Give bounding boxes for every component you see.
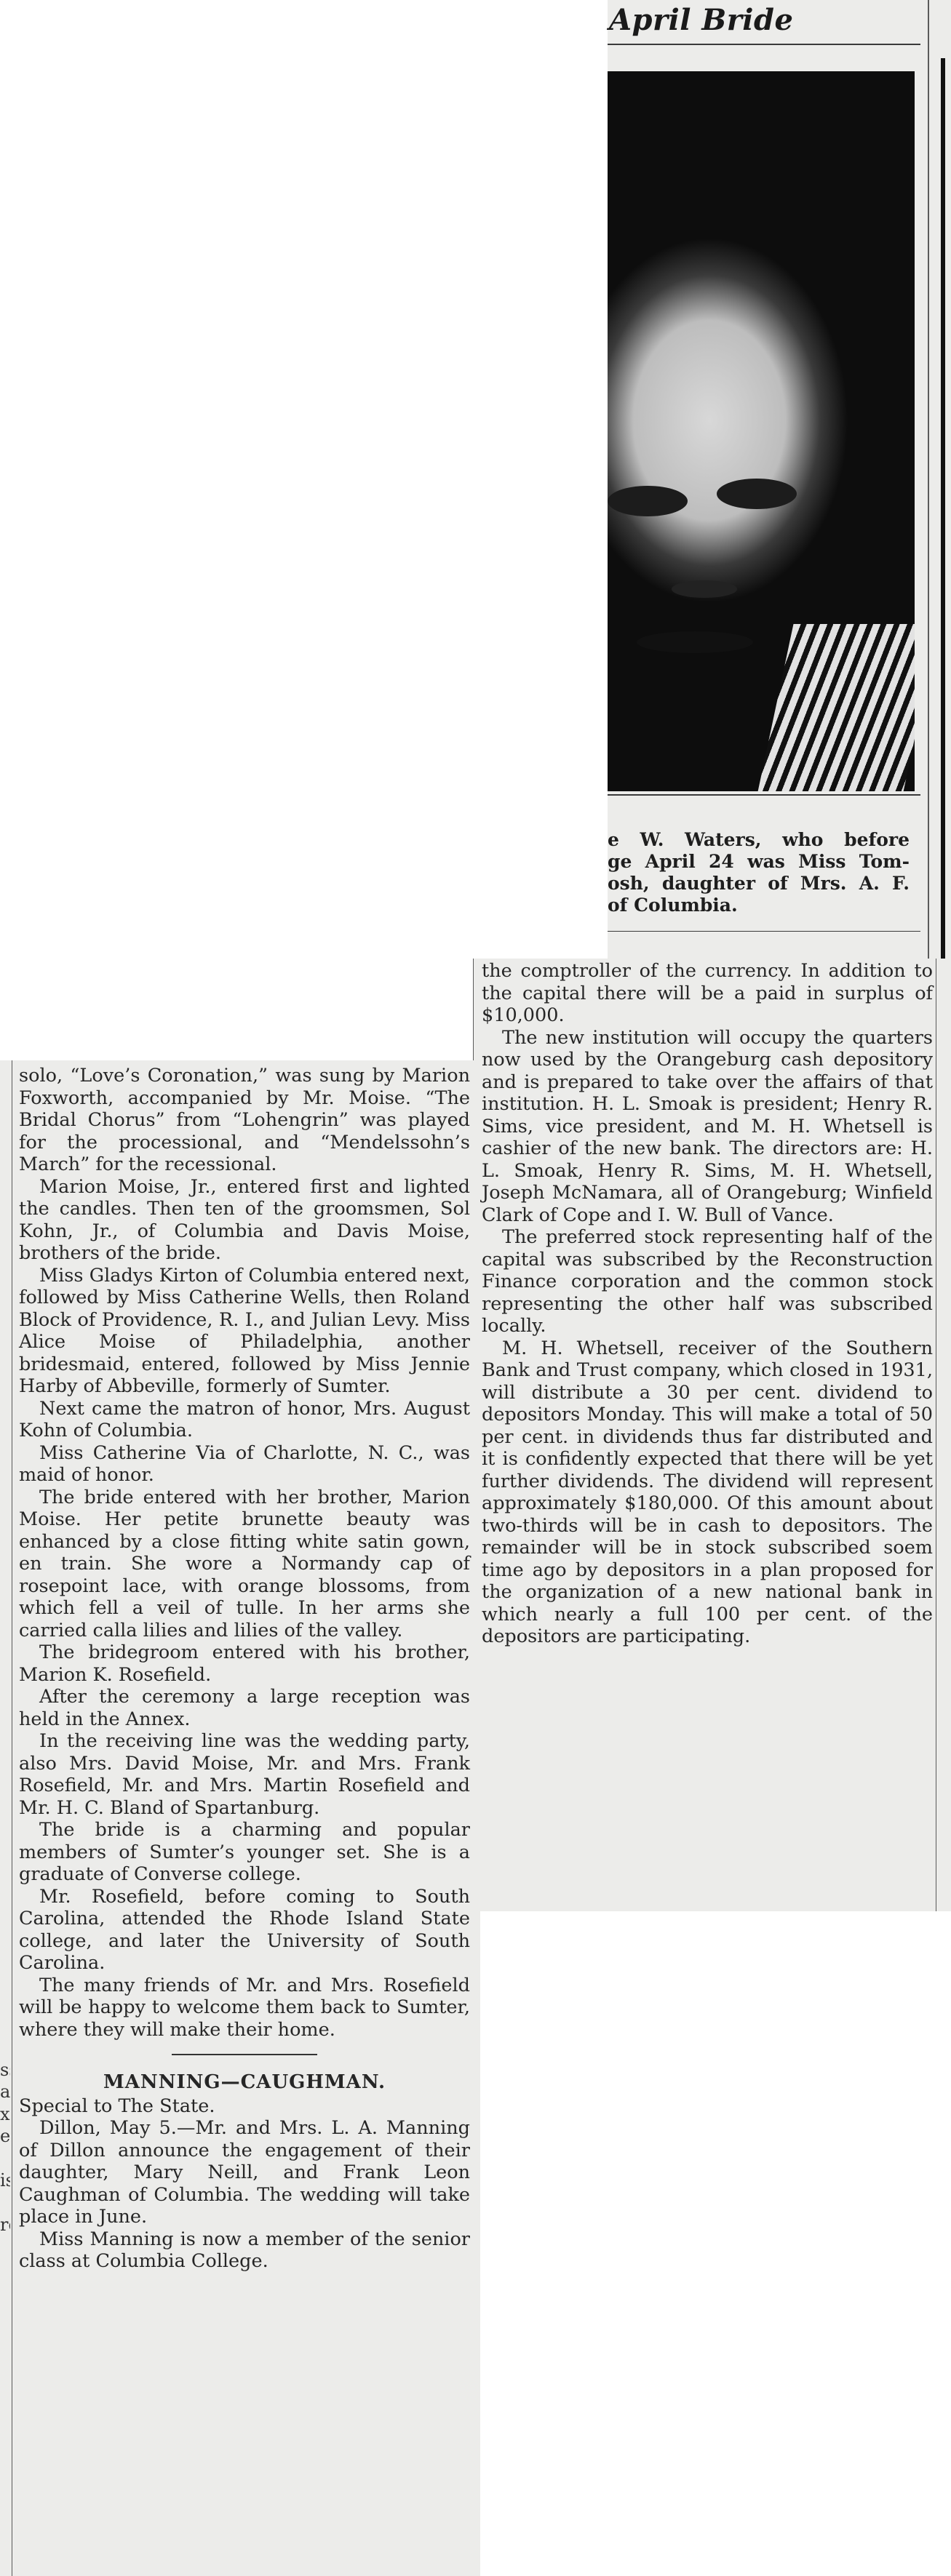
photo-nose xyxy=(672,580,737,598)
section-divider xyxy=(172,2054,317,2055)
fragment-text xyxy=(0,1172,10,1194)
paragraph: Dillon, May 5.—Mr. and Mrs. L. A. Mannin… xyxy=(19,2117,470,2228)
paragraph: M. H. Whetsell, receiver of the Southern… xyxy=(482,1337,933,1648)
column-rule-left xyxy=(12,1060,12,2576)
fragment-text xyxy=(0,1704,10,1727)
fragment-text xyxy=(0,1903,10,1926)
fragment-text xyxy=(0,1282,10,1305)
photo-eye-left xyxy=(608,486,688,516)
fragment-text: x- xyxy=(0,2103,10,2126)
fragment-text xyxy=(0,1460,10,1482)
fragment-text xyxy=(0,1327,10,1349)
fragment-text xyxy=(0,1216,10,1239)
adjacent-border xyxy=(941,58,945,959)
fragment-text xyxy=(0,1970,10,1993)
paragraph: The bridegroom entered with his brother,… xyxy=(19,1641,470,1686)
paragraph: In the receiving line was the wedding pa… xyxy=(19,1730,470,1819)
wedding-article-body: solo, “Love’s Coronation,” was sung by M… xyxy=(19,1065,470,2273)
fragment-text xyxy=(0,1149,10,1172)
fragment-text xyxy=(0,1393,10,1416)
fragment-text xyxy=(0,1127,10,1150)
photo-eye-right xyxy=(717,479,797,509)
dateline: Special to The State. xyxy=(19,2095,470,2118)
caption-bottom-rule xyxy=(608,931,920,932)
fragment-text xyxy=(0,1593,10,1615)
fragment-text xyxy=(0,2148,10,2170)
paragraph: The bride entered with her brother, Mari… xyxy=(19,1487,470,1642)
paragraph: Miss Catherine Via of Charlotte, N. C., … xyxy=(19,1442,470,1487)
fragment-text xyxy=(0,1305,10,1327)
fragment-text xyxy=(0,1238,10,1260)
fragment-text xyxy=(0,1815,10,1837)
photo-mouth xyxy=(637,631,753,653)
fragment-text xyxy=(0,1415,10,1438)
fragment-text xyxy=(0,1527,10,1549)
paragraph: Mr. Rosefield, before coming to South Ca… xyxy=(19,1886,470,1975)
fragment-text xyxy=(0,1859,10,1881)
paragraph: solo, “Love’s Coronation,” was sung by M… xyxy=(19,1065,470,1176)
fragment-text xyxy=(0,1615,10,1638)
fragment-text xyxy=(0,1371,10,1393)
fragment-text xyxy=(0,1793,10,1815)
paragraph: The new institution will occupy the quar… xyxy=(482,1027,933,1227)
caption-line: osh, daughter of Mrs. A. F. xyxy=(608,873,910,895)
paragraph: Miss Manning is now a member of the seni… xyxy=(19,2228,470,2273)
fragment-text xyxy=(0,1260,10,1283)
paragraph: The many friends of Mr. and Mrs. Rosefie… xyxy=(19,1975,470,2041)
paragraph: The bride is a charming and popular memb… xyxy=(19,1819,470,1886)
caption-line: e W. Waters, who before xyxy=(608,829,910,851)
fragment-text: ss xyxy=(0,2059,10,2081)
column-rule xyxy=(928,0,929,959)
fragment-text xyxy=(0,1660,10,1682)
photo-striped-blouse xyxy=(756,624,915,791)
fragment-text xyxy=(0,1504,10,1527)
fragment-text xyxy=(0,1548,10,1571)
fragment-text xyxy=(0,1837,10,1860)
column-rule-right xyxy=(936,959,936,1911)
fragment-text xyxy=(0,1105,10,1127)
fragment-text xyxy=(0,1193,10,1216)
wedding-article-column: ssa,x-esisro solo, “Love’s Coronation,” … xyxy=(0,1060,480,2576)
fragment-text xyxy=(0,2015,10,2037)
fragment-text xyxy=(0,1349,10,1372)
bride-portrait-photo xyxy=(608,71,915,791)
photo-caption: e W. Waters, who before ge April 24 was … xyxy=(608,829,910,916)
paragraph: After the ceremony a large reception was… xyxy=(19,1686,470,1730)
fragment-text: ro xyxy=(0,2214,10,2236)
paragraph: Marion Moise, Jr., entered first and lig… xyxy=(19,1176,470,1265)
fragment-text: es xyxy=(0,2125,10,2148)
fragment-text xyxy=(0,1681,10,1704)
fragment-text xyxy=(0,1770,10,1793)
fragment-text xyxy=(0,1571,10,1593)
paragraph: The preferred stock representing half of… xyxy=(482,1226,933,1337)
fragment-text xyxy=(0,1060,10,1083)
headline-rule xyxy=(608,44,920,45)
fragment-text xyxy=(0,1637,10,1660)
photo-article-block: April Bride e W. Waters, who before ge A… xyxy=(608,0,951,959)
bank-article-column: the comptroller of the currency. In addi… xyxy=(473,959,951,1911)
fragment-text xyxy=(0,1948,10,1970)
fragment-text xyxy=(0,1438,10,1460)
fragment-text xyxy=(0,1083,10,1105)
fragment-text xyxy=(0,1726,10,1748)
fragment-text: a, xyxy=(0,2081,10,2103)
paragraph: Miss Gladys Kirton of Columbia entered n… xyxy=(19,1265,470,1398)
section-heading: MANNING—CAUGHMAN. xyxy=(19,2071,470,2094)
article-headline: April Bride xyxy=(609,3,793,37)
caption-line: ge April 24 was Miss Tom- xyxy=(608,851,910,873)
paragraph: the comptroller of the currency. In addi… xyxy=(482,960,933,1027)
fragment-text: is xyxy=(0,2169,10,2192)
paragraph: Next came the matron of honor, Mrs. Augu… xyxy=(19,1398,470,1442)
fragment-text xyxy=(0,1926,10,1948)
bank-article-body: the comptroller of the currency. In addi… xyxy=(482,960,933,1648)
fragment-text xyxy=(0,2192,10,2215)
fragment-text xyxy=(0,1748,10,1771)
fragment-text xyxy=(0,1992,10,2015)
fragment-text xyxy=(0,1482,10,1505)
fragment-text xyxy=(0,2036,10,2059)
fragment-text xyxy=(0,1881,10,1904)
adjacent-column-fragment: ssa,x-esisro xyxy=(0,1060,10,2236)
caption-line: of Columbia. xyxy=(608,895,910,916)
photo-bottom-rule xyxy=(608,794,920,796)
